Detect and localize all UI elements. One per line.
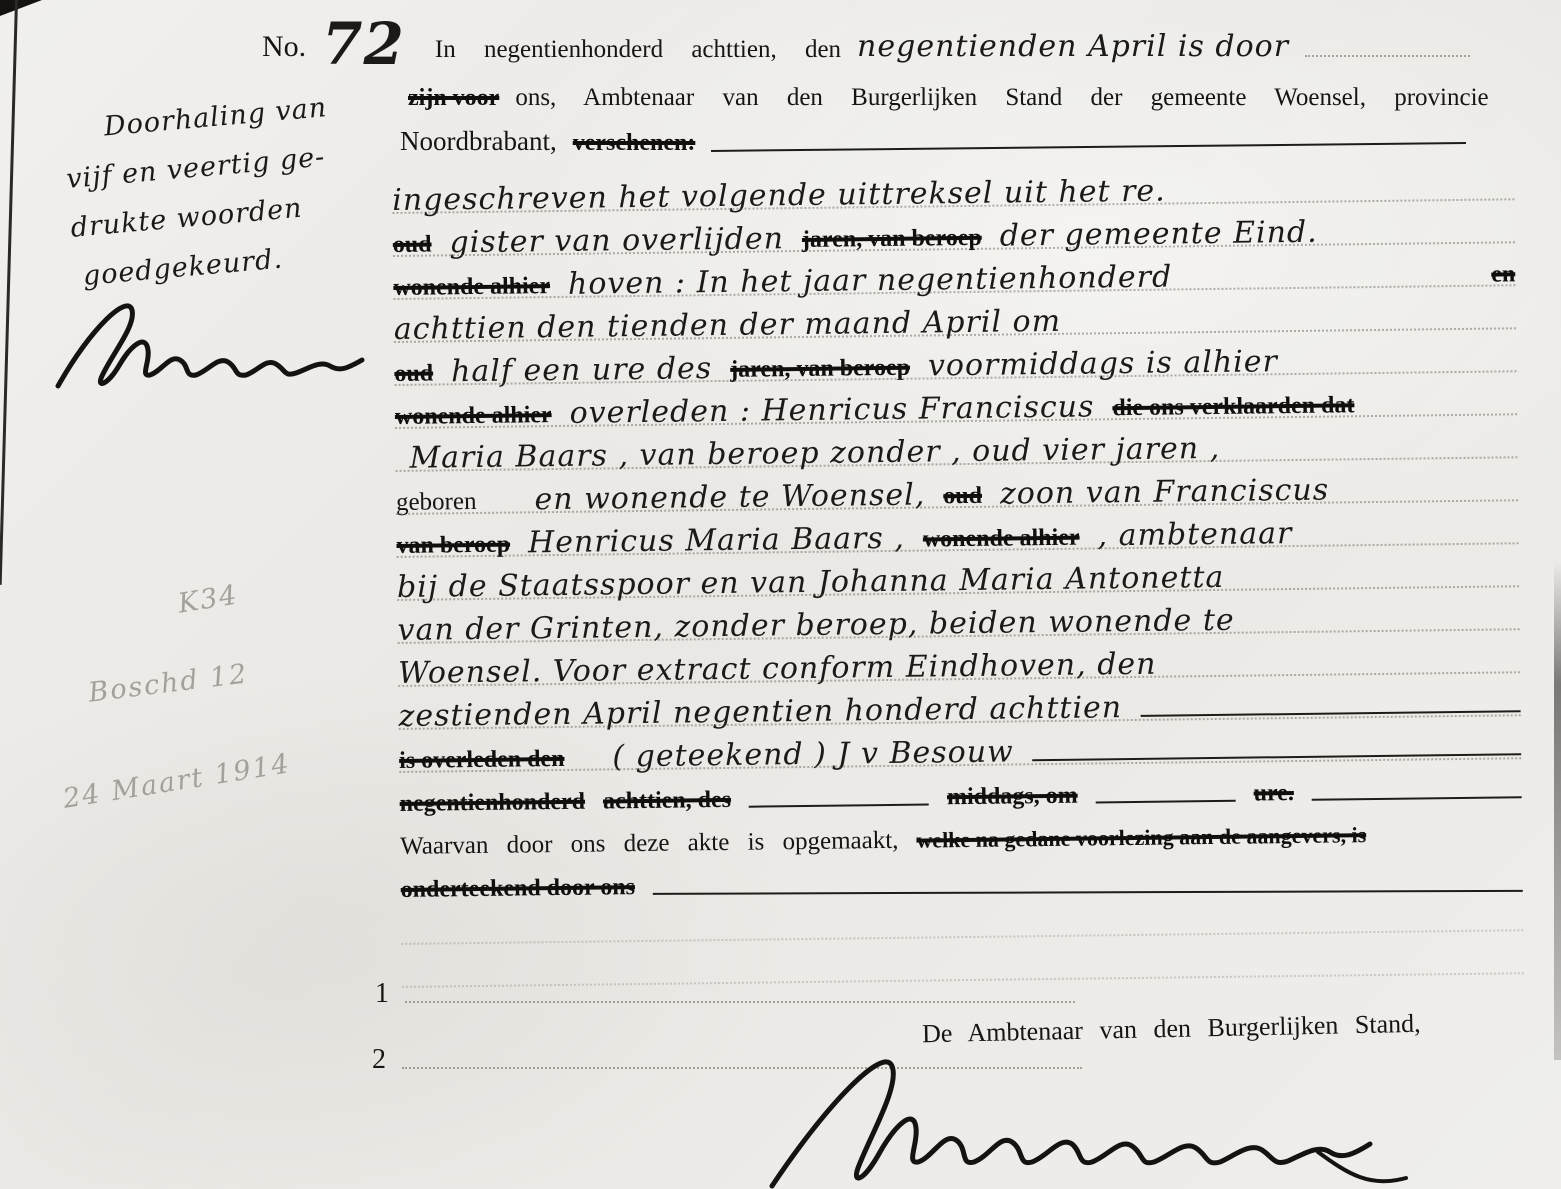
printed-text: In negentienhonderd achttien, den xyxy=(435,36,841,64)
handwritten-text: zoon van Franciscus xyxy=(1000,473,1330,513)
act-number-label: No. xyxy=(262,30,306,64)
death-record-page: Doorhaling van vijf en veertig ge- drukt… xyxy=(0,0,1561,1189)
struck-text: wonende alhier xyxy=(393,269,550,305)
handwritten-text: gister van overlijden xyxy=(449,221,784,261)
pencil-note: K34 xyxy=(176,579,241,619)
blank-rule xyxy=(749,803,929,807)
page-edge-line xyxy=(0,0,18,585)
printed-text: ons, Ambtenaar van den Burgerlijken Stan… xyxy=(515,84,1488,112)
struck-text: middags, om xyxy=(947,779,1078,815)
struck-text: zijn voor xyxy=(408,85,499,112)
struck-text: negentienhonderd xyxy=(399,785,585,821)
struck-text: is overleden den xyxy=(399,742,565,778)
margin-signature xyxy=(50,292,380,392)
struck-text: ure. xyxy=(1253,776,1294,810)
handwritten-text: en wonende te Woensel, xyxy=(534,478,925,519)
handwritten-text: der gemeente Eind. xyxy=(1000,215,1318,255)
fill-rule xyxy=(1032,753,1521,761)
printed-text: geboren xyxy=(396,485,477,520)
pencil-note: 24 Maart 1914 xyxy=(61,748,293,815)
struck-text: oud xyxy=(943,479,982,513)
struck-text: welke na gedane voorlezing aan de aangev… xyxy=(916,818,1366,857)
handwritten-signature-text: ( geteekend ) J v Besouw xyxy=(612,734,1014,775)
struck-text: verschenen: xyxy=(573,130,696,157)
struck-text: en xyxy=(1491,257,1515,291)
struck-text: jaren, van beroep xyxy=(802,221,982,257)
footer-row-1: 1 xyxy=(375,978,1075,1010)
pencil-note: Boschd 12 xyxy=(87,658,250,708)
official-signature xyxy=(758,1040,1458,1189)
struck-text: wonende alhier xyxy=(923,521,1080,557)
list-number: 2 xyxy=(372,1044,386,1076)
header-line-1: No. 72 In negentienhonderd achttien, den… xyxy=(262,24,1470,64)
handwritten-text: , ambtenaar xyxy=(1097,516,1292,554)
struck-text: oud xyxy=(394,357,433,391)
handwritten-text: voormiddags is alhier xyxy=(928,344,1278,384)
fill-rule xyxy=(711,142,1466,152)
struck-text: jaren, van beroep xyxy=(730,351,910,387)
fill-rule xyxy=(1140,710,1520,717)
dotted-leader xyxy=(405,1001,1075,1003)
dotted-leader xyxy=(1305,55,1470,57)
struck-text: oud xyxy=(393,228,432,262)
struck-text: achttien, des xyxy=(603,783,731,819)
act-number-value: 72 xyxy=(322,24,405,64)
handwritten-text: half een ure des xyxy=(451,351,713,390)
header-line-3: Noordbrabant, verschenen: xyxy=(400,126,1466,157)
handwritten-text: Henricus Maria Baars , xyxy=(528,521,905,562)
act-body: ingeschreven het volgende uittreksel uit… xyxy=(392,162,1524,993)
margin-approval-note: Doorhaling van vijf en veertig ge- drukt… xyxy=(60,78,396,301)
blank-rule xyxy=(1096,800,1236,804)
struck-text: van beroep xyxy=(396,528,510,563)
struck-text: die ons verklaarden dat xyxy=(1112,388,1354,425)
list-number: 1 xyxy=(375,978,389,1010)
fill-rule xyxy=(1312,796,1522,801)
struck-text: onderteekend door ons xyxy=(401,870,636,907)
struck-text: wonende alhier xyxy=(395,398,552,434)
handwritten-date: negentienden April is door xyxy=(857,29,1289,64)
header-line-2: zijn voor ons, Ambtenaar van den Burgerl… xyxy=(408,84,1489,112)
scan-corner-shadow xyxy=(0,0,42,16)
printed-text: Noordbrabant, xyxy=(400,126,557,157)
page-edge-shadow xyxy=(1554,560,1561,1060)
